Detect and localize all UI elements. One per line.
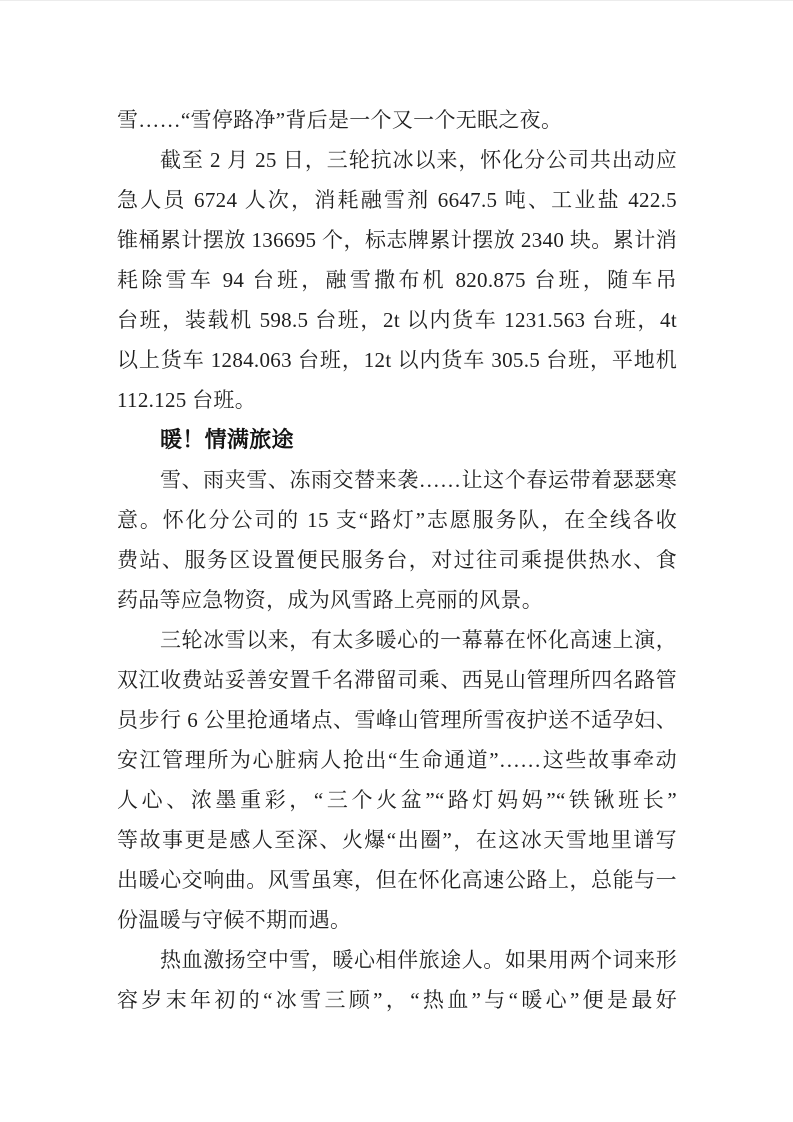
- text-line: 雪……“雪停路净”背后是一个又一个无眠之夜。: [117, 100, 677, 140]
- text-line: 截至 2 月 25 日，三轮抗冰以来，怀化分公司共出动应: [117, 140, 677, 180]
- paragraph: 热血激扬空中雪，暖心相伴旅途人。如果用两个词来形容岁末年初的“冰雪三顾”，“热血…: [117, 940, 677, 1020]
- heading-line: 暖！情满旅途: [117, 420, 677, 460]
- text-line: 双江收费站妥善安置千名滞留司乘、西晃山管理所四名路管: [117, 660, 677, 700]
- text-line: 急人员 6724 人次，消耗融雪剂 6647.5 吨、工业盐 422.5 吨，: [117, 180, 677, 220]
- paragraph: 截至 2 月 25 日，三轮抗冰以来，怀化分公司共出动应急人员 6724 人次，…: [117, 140, 677, 420]
- text-line: 台班，装载机 598.5 台班，2t 以内货车 1231.563 台班，4t: [117, 300, 677, 340]
- section-heading: 暖！情满旅途: [117, 420, 677, 460]
- paragraph: 三轮冰雪以来，有太多暖心的一幕幕在怀化高速上演，双江收费站妥善安置千名滞留司乘、…: [117, 620, 677, 940]
- text-line: 安江管理所为心脏病人抢出“生命通道”……这些故事牵动: [117, 740, 677, 780]
- text-line: 雪、雨夹雪、冻雨交替来袭……让这个春运带着瑟瑟寒: [117, 460, 677, 500]
- text-line: 等故事更是感人至深、火爆“出圈”，在这冰天雪地里谱写: [117, 820, 677, 860]
- paragraph: 雪……“雪停路净”背后是一个又一个无眠之夜。: [117, 100, 677, 140]
- document-page: 雪……“雪停路净”背后是一个又一个无眠之夜。截至 2 月 25 日，三轮抗冰以来…: [0, 0, 793, 1122]
- text-line: 锥桶累计摆放 136695 个，标志牌累计摆放 2340 块。累计消: [117, 220, 677, 260]
- text-line: 耗除雪车 94 台班，融雪撒布机 820.875 台班，随车吊 83.375: [117, 260, 677, 300]
- text-line: 出暖心交响曲。风雪虽寒，但在怀化高速公路上，总能与一: [117, 860, 677, 900]
- text-line: 员步行 6 公里抢通堵点、雪峰山管理所雪夜护送不适孕妇、: [117, 700, 677, 740]
- text-line: 112.125 台班。: [117, 380, 677, 420]
- text-line: 以上货车 1284.063 台班，12t 以内货车 305.5 台班，平地机: [117, 340, 677, 380]
- text-line: 份温暖与守候不期而遇。: [117, 900, 677, 940]
- text-line: 三轮冰雪以来，有太多暖心的一幕幕在怀化高速上演，: [117, 620, 677, 660]
- text-line: 费站、服务区设置便民服务台，对过往司乘提供热水、食物、: [117, 540, 677, 580]
- text-line: 热血激扬空中雪，暖心相伴旅途人。如果用两个词来形: [117, 940, 677, 980]
- text-line: 药品等应急物资，成为风雪路上亮丽的风景。: [117, 580, 677, 620]
- text-line: 容岁末年初的“冰雪三顾”，“热血”与“暖心”便是最好: [117, 980, 677, 1020]
- text-line: 意。怀化分公司的 15 支“路灯”志愿服务队，在全线各收: [117, 500, 677, 540]
- paragraph: 雪、雨夹雪、冻雨交替来袭……让这个春运带着瑟瑟寒意。怀化分公司的 15 支“路灯…: [117, 460, 677, 620]
- document-body: 雪……“雪停路净”背后是一个又一个无眠之夜。截至 2 月 25 日，三轮抗冰以来…: [117, 100, 677, 1020]
- text-line: 人心、浓墨重彩，“三个火盆”“路灯妈妈”“铁锹班长”: [117, 780, 677, 820]
